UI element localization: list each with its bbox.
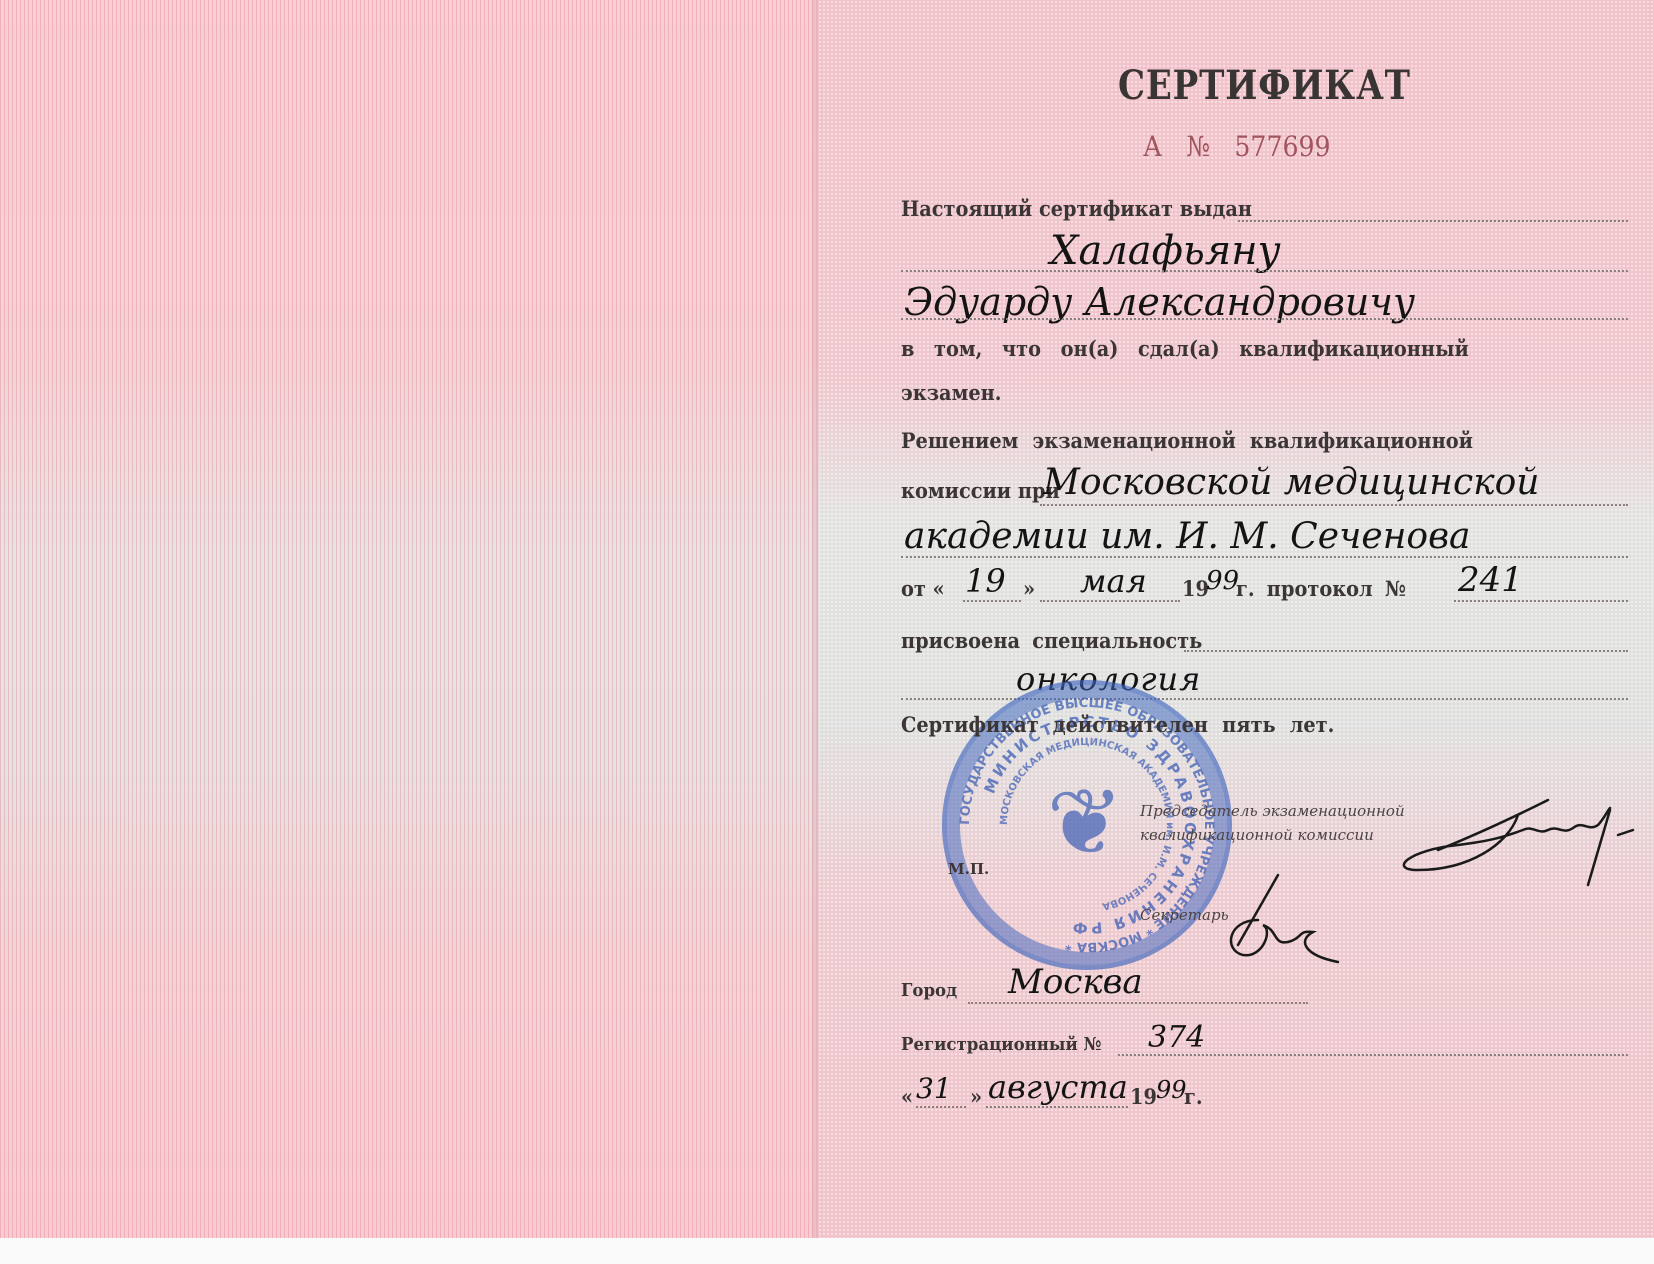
certificate-title: СЕРТИФИКАТ — [1118, 62, 1411, 109]
exam-day: 19 — [965, 562, 1006, 600]
dotted-line — [1454, 600, 1628, 602]
dotted-line — [963, 600, 1021, 602]
issue-open: « — [901, 1084, 913, 1109]
exam-text-line1: в том, что он(а) сдал(а) квалификационны… — [901, 336, 1469, 361]
exam-text-line2: экзамен. — [901, 380, 1002, 405]
protocol-number: 241 — [1458, 560, 1523, 600]
secretary-label: Секретарь — [1140, 906, 1229, 924]
dotted-line — [968, 1002, 1308, 1004]
dotted-line — [986, 1106, 1128, 1108]
date-prefix: от « — [901, 576, 945, 601]
exam-month: мая — [1080, 562, 1147, 600]
secretary-signature — [1218, 870, 1358, 970]
dotted-line — [1184, 650, 1628, 652]
dotted-line — [901, 318, 1628, 320]
issue-year-label: г. — [1184, 1084, 1203, 1109]
validity-text: Сертификат действителен пять лет. — [901, 712, 1334, 737]
certificate-content: СЕРТИФИКАТ А № 577699 Настоящий сертифик… — [818, 0, 1654, 1238]
issue-close: » — [970, 1084, 982, 1109]
institution-line1: Московской медицинской — [1043, 462, 1539, 503]
specialty-label: присвоена специальность — [901, 628, 1202, 653]
dotted-line — [916, 1106, 966, 1108]
left-page-blank — [0, 0, 817, 1238]
number-sign: № — [1186, 130, 1210, 163]
institution-line2: академии им. И. М. Сеченова — [904, 516, 1471, 557]
number: 577699 — [1234, 130, 1330, 163]
city-label: Город — [901, 980, 957, 1001]
issued-to-label: Настоящий сертификат выдан — [901, 196, 1252, 221]
city: Москва — [1008, 962, 1143, 1002]
reg-label: Регистрационный № — [901, 1034, 1102, 1055]
seal-place-label: М.П. — [948, 860, 989, 878]
issue-day: 31 — [916, 1072, 952, 1105]
issue-year-suffix: 99 — [1156, 1076, 1187, 1104]
certificate-page: СЕРТИФИКАТ А № 577699 Настоящий сертифик… — [817, 0, 1654, 1238]
scan-margin — [0, 1238, 1654, 1264]
reg-number: 374 — [1148, 1020, 1205, 1055]
issue-month: августа — [988, 1068, 1128, 1106]
dotted-line — [1118, 1054, 1628, 1056]
exam-year-prefix: 19 — [1182, 576, 1209, 601]
date-close: » — [1023, 576, 1035, 601]
protocol-label: г. протокол № — [1236, 576, 1406, 601]
decision-line2-label: комиссии при — [901, 478, 1060, 503]
double-headed-eagle-icon: ❦ — [1035, 763, 1135, 883]
chairman-signature — [1348, 790, 1648, 900]
issue-year-prefix: 19 — [1130, 1084, 1157, 1109]
dotted-line — [901, 270, 1628, 272]
chairman-label-line2: квалификационной комиссии — [1140, 826, 1374, 844]
decision-line1: Решением экзаменационной квалификационно… — [901, 428, 1473, 453]
recipient-surname: Халафьяну — [1050, 228, 1281, 274]
dotted-line — [1040, 600, 1180, 602]
serial-number: А № 577699 — [1143, 130, 1331, 163]
dotted-line — [1040, 504, 1628, 506]
dotted-line — [1238, 220, 1628, 222]
series: А — [1143, 130, 1162, 163]
exam-year-suffix: 99 — [1206, 566, 1239, 596]
dotted-line — [901, 556, 1628, 558]
